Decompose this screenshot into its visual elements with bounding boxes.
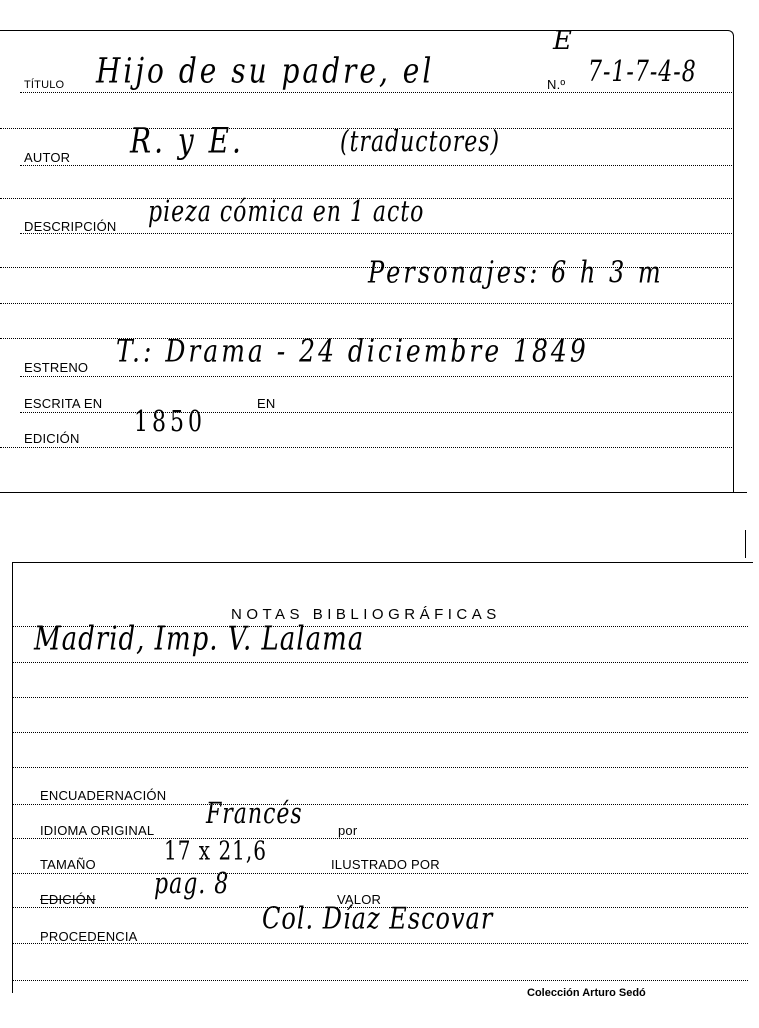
card-divider bbox=[0, 492, 747, 493]
rule-line bbox=[20, 233, 732, 234]
rule-line bbox=[20, 165, 732, 166]
titulo-value: Hijo de su padre, el bbox=[96, 50, 434, 91]
rule-line bbox=[13, 697, 748, 698]
rule-line bbox=[13, 732, 748, 733]
estreno-value: T.: Drama - 24 diciembre 1849 bbox=[116, 333, 589, 369]
rule-line bbox=[20, 412, 732, 413]
personajes-value: Personajes: 6 h 3 m bbox=[368, 255, 664, 290]
estreno-label: Estreno bbox=[24, 360, 88, 375]
descripcion-label: Descripción bbox=[24, 219, 117, 234]
rule-line bbox=[20, 376, 732, 377]
rule-line bbox=[13, 838, 748, 839]
rule-line bbox=[0, 303, 732, 304]
rule-line bbox=[13, 804, 748, 805]
numero-label: N.º bbox=[547, 77, 565, 92]
autor-note: (traductores) bbox=[340, 127, 500, 160]
rule-line bbox=[0, 447, 732, 448]
procedencia-label: Procedencia bbox=[40, 929, 138, 944]
rule-line bbox=[13, 767, 748, 768]
ilustrado-por-label: Ilustrado por bbox=[331, 857, 440, 872]
notes-line-1: Madrid, Imp. V. Lalama bbox=[34, 621, 364, 659]
idioma-original-label: Idioma original bbox=[40, 823, 154, 838]
idioma-original-value: Francés bbox=[206, 799, 303, 832]
descripcion-value: pieza cómica en 1 acto bbox=[148, 197, 424, 230]
autor-label: Autor bbox=[24, 150, 70, 165]
collection-footer: Colección Arturo Sedó bbox=[527, 987, 646, 999]
tamano-label: Tamaño bbox=[40, 857, 96, 872]
numero-value: 7-1-7-4-8 bbox=[588, 57, 697, 90]
encuadernacion-label: Encuadernación bbox=[40, 788, 166, 803]
escrita-en-label: Escrita en bbox=[24, 396, 102, 411]
rule-line bbox=[20, 92, 732, 93]
tamano-value: 17 x 21,6 bbox=[164, 835, 267, 866]
edicion-label: Edición bbox=[24, 431, 80, 446]
en-label: En bbox=[257, 396, 275, 411]
por-label: por bbox=[338, 823, 357, 838]
rule-line bbox=[13, 662, 748, 663]
edicion-back-label: Edición bbox=[40, 892, 96, 907]
edicion-value: 1850 bbox=[134, 407, 206, 440]
rule-line bbox=[13, 873, 748, 874]
titulo-label: Título bbox=[24, 79, 64, 91]
rule-line bbox=[13, 980, 748, 981]
edicion-back-value: pag. 8 bbox=[154, 869, 229, 902]
procedencia-value: Col. Díaz Escovar bbox=[262, 901, 493, 936]
numero-mark: E bbox=[553, 26, 572, 56]
card-edge bbox=[745, 530, 746, 558]
autor-value: R. y E. bbox=[130, 120, 244, 161]
